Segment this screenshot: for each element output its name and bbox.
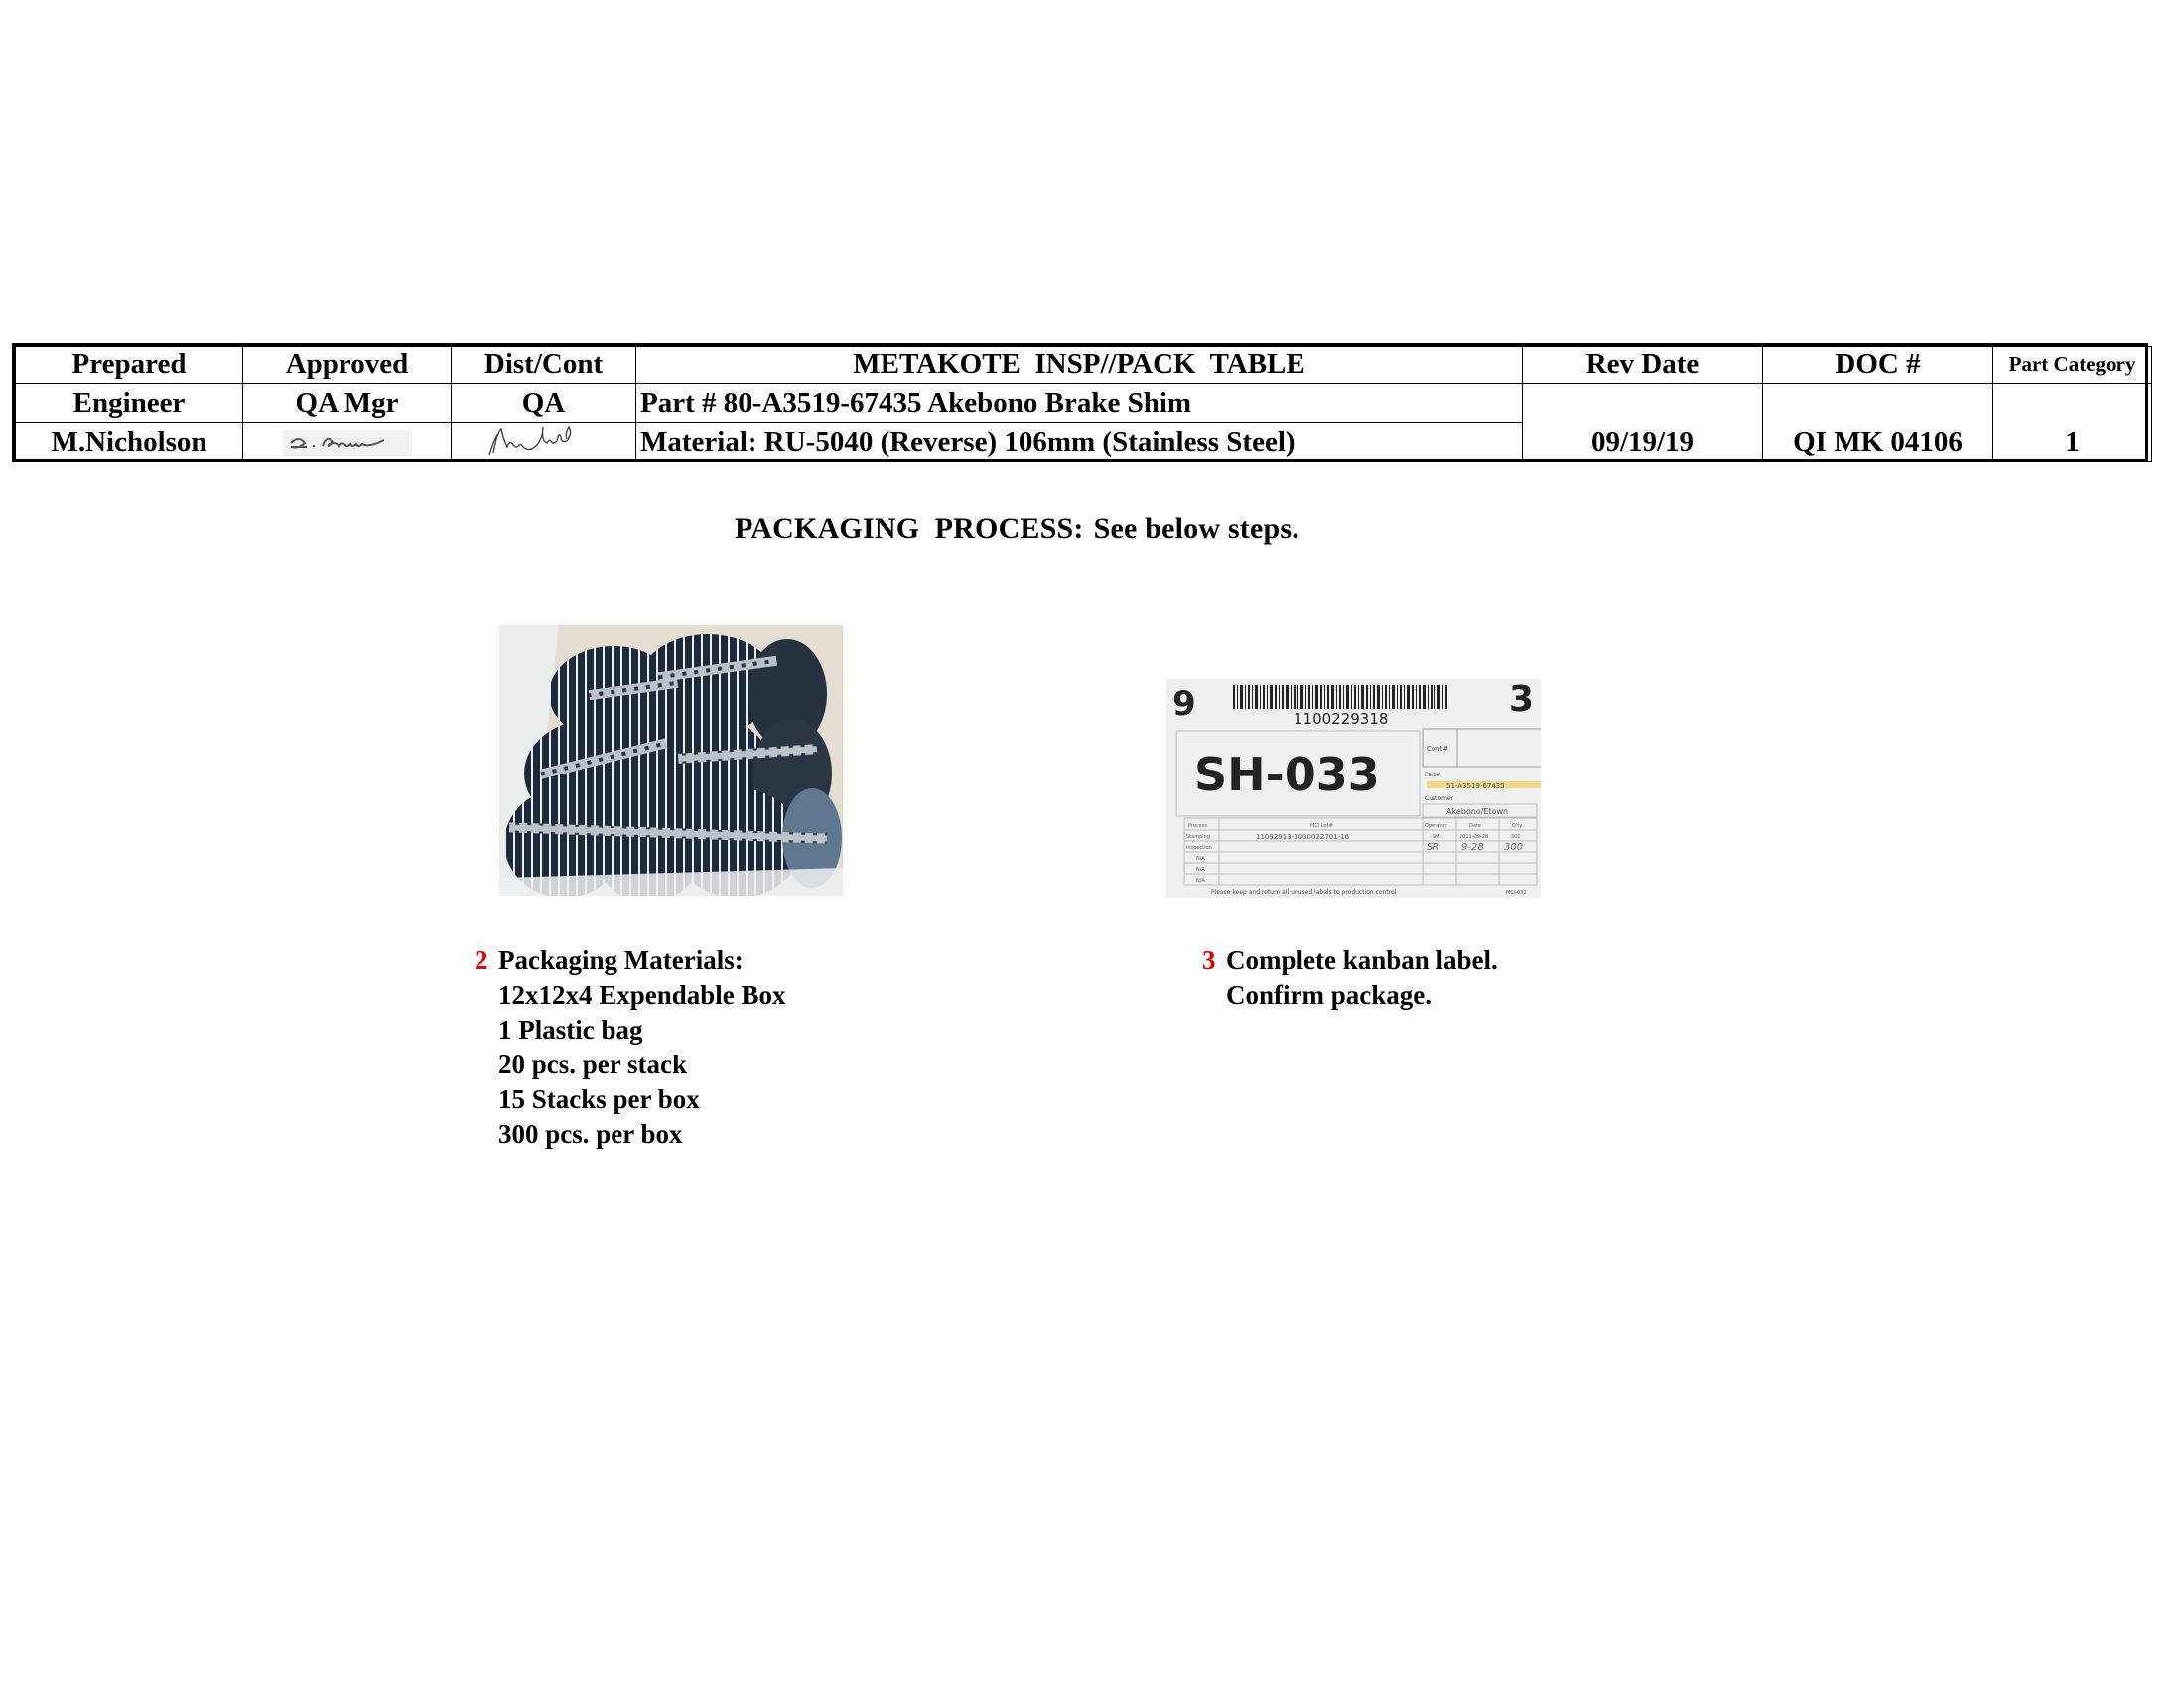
approved-role: QA Mgr — [243, 384, 452, 423]
heading-text: See below steps. — [1094, 512, 1299, 545]
prepared-name: M.Nicholson — [16, 423, 243, 462]
row-process: Stamping — [1186, 834, 1210, 840]
heading-label: PACKAGING PROCESS: — [735, 512, 1084, 545]
step-line: 15 Stacks per box — [475, 1082, 786, 1117]
material-line: Material: RU-5040 (Reverse) 106mm (Stain… — [636, 423, 1523, 462]
row-process: N/A — [1196, 856, 1205, 862]
col-operator: Operator — [1425, 823, 1447, 829]
row-process: N/A — [1196, 867, 1205, 873]
col-qty: Q'ty — [1512, 823, 1522, 829]
part-category-header: Part Category — [1993, 347, 2152, 384]
header-table: Prepared Approved Dist/Cont METAKOTE INS… — [12, 343, 2148, 462]
row-lot: 11092913-1000022701-16 — [1256, 833, 1350, 841]
step-line: Packaging Materials: — [498, 945, 744, 975]
dist-cont-header: Dist/Cont — [452, 347, 636, 384]
kanban-left-number: 9 — [1172, 684, 1196, 724]
row-date: 2011-09-28 — [1459, 834, 1488, 840]
rev-date-header: Rev Date — [1523, 347, 1763, 384]
row-operator-handwritten: SR — [1427, 842, 1439, 853]
step-number: 3 — [1202, 943, 1226, 978]
kanban-code: SH-033 — [1194, 748, 1380, 801]
part-category-value: 1 — [1993, 384, 2152, 462]
row-operator: SM — [1433, 834, 1440, 840]
step-line: Confirm package. — [1202, 978, 1498, 1013]
row-qty: 300 — [1511, 834, 1521, 840]
doc-number-header: DOC # — [1763, 347, 1993, 384]
label-form-code: MCI-032 — [1506, 890, 1527, 896]
row-process: N/A — [1196, 878, 1205, 884]
packaging-process-heading: PACKAGING PROCESS:See below steps. — [735, 512, 1299, 546]
approved-header: Approved — [243, 347, 452, 384]
customer-value: Akebono/Etown — [1446, 807, 1508, 816]
step-number: 2 — [475, 943, 498, 978]
dist-signature-cell — [452, 423, 636, 462]
kanban-right-number: 3 — [1509, 679, 1534, 720]
row-qty-handwritten: 300 — [1504, 842, 1523, 853]
row-date-handwritten: 9-28 — [1461, 842, 1484, 853]
bag-of-shims-photo — [499, 625, 843, 896]
barcode-number: 1100229318 — [1294, 710, 1388, 728]
approved-signature-cell — [243, 423, 452, 462]
prepared-header: Prepared — [16, 347, 243, 384]
step-line: 300 pcs. per box — [475, 1117, 786, 1152]
signature-icon — [479, 425, 609, 459]
signature-icon — [283, 428, 412, 458]
part-label: Part# — [1425, 772, 1441, 778]
step-line: 20 pcs. per stack — [475, 1048, 786, 1082]
customer-label: Customer — [1425, 795, 1454, 802]
doc-number-value: QI MK 04106 — [1763, 384, 1993, 462]
document-title-text: METAKOTE INSP//PACK TABLE — [853, 349, 1304, 380]
part-number-line: Part # 80-A3519-67435 Akebono Brake Shim — [636, 384, 1523, 423]
shim-stacks-image — [499, 625, 843, 896]
prepared-role: Engineer — [16, 384, 243, 423]
label-footer: Please keep and return all unused labels… — [1211, 889, 1397, 896]
cont-label: Cont# — [1427, 745, 1448, 753]
step-3-kanban-label: 3Complete kanban label. Confirm package. — [1202, 943, 1498, 1013]
step-line: 1 Plastic bag — [475, 1013, 786, 1048]
document-title: METAKOTE INSP//PACK TABLE — [636, 347, 1523, 384]
dist-role: QA — [452, 384, 636, 423]
col-lot: MCI Lot# — [1310, 823, 1333, 829]
part-value: 51-A3519-67435 — [1446, 782, 1505, 790]
col-process: Process — [1188, 823, 1207, 829]
row-process: Inspection — [1186, 845, 1212, 851]
step-line: Complete kanban label. — [1226, 945, 1498, 975]
kanban-label-photo: 9 3 1100229318 SH-033 Cont — [1166, 679, 1541, 898]
rev-date-value: 09/19/19 — [1523, 384, 1763, 462]
kanban-label-image: 9 3 1100229318 SH-033 Cont — [1166, 679, 1541, 898]
step-line: 12x12x4 Expendable Box — [475, 978, 786, 1013]
step-2-packaging-materials: 2Packaging Materials: 12x12x4 Expendable… — [475, 943, 786, 1152]
col-date: Date — [1469, 823, 1481, 829]
